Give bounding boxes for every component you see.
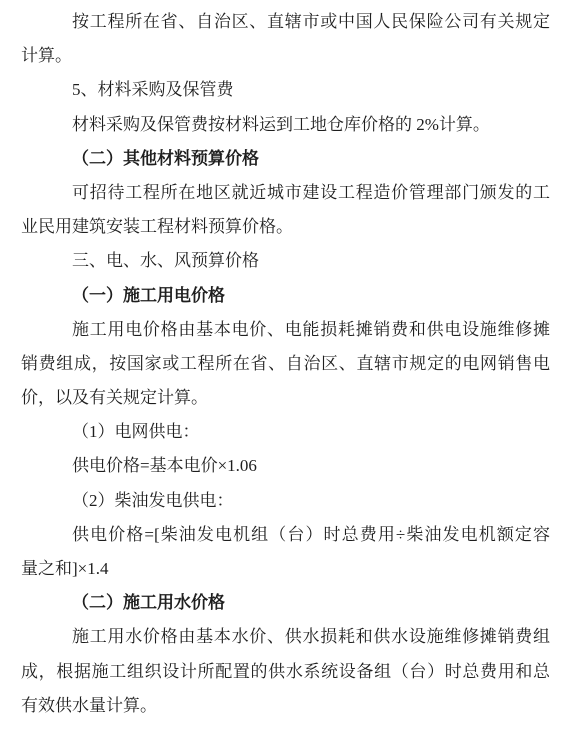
paragraph-line: 成，根据施工组织设计所配置的供水系统设备组（台）时总费用和总 [21,655,550,689]
paragraph-line: 业民用建筑安装工程材料预算价格。 [21,210,550,244]
list-item-heading: （1）电网供电： [21,415,550,449]
paragraph-line: 施工用电价格由基本电价、电能损耗摊销费和供电设施维修摊 [21,313,550,347]
formula-line: 供电价格=基本电价×1.06 [21,449,550,483]
paragraph-line: 可招待工程所在地区就近城市建设工程造价管理部门颁发的工 [21,176,550,210]
paragraph-line: 材料采购及保管费按材料运到工地仓库价格的 2%计算。 [21,108,550,142]
section-heading: （一）施工用电价格 [21,279,550,313]
formula-line: 量之和]×1.4 [21,552,550,586]
list-item-heading: 5、材料采购及保管费 [21,73,550,107]
paragraph-line: 计算。 [21,39,550,73]
paragraph-line: 按工程所在省、自治区、直辖市或中国人民保险公司有关规定 [21,5,550,39]
document-page: 按工程所在省、自治区、直辖市或中国人民保险公司有关规定 计算。 5、材料采购及保… [0,0,572,729]
formula-line: 供电价格=[柴油发电机组（台）时总费用÷柴油发电机额定容 [21,518,550,552]
paragraph-line: 施工用水价格由基本水价、供水损耗和供水设施维修摊销费组 [21,620,550,654]
list-item-heading: （2）柴油发电供电： [21,484,550,518]
section-heading: （二）其他材料预算价格 [21,142,550,176]
section-heading: （二）施工用水价格 [21,586,550,620]
paragraph-line: 有效供水量计算。 [21,689,550,723]
chapter-heading: 三、电、水、风预算价格 [21,244,550,278]
paragraph-line: 价，以及有关规定计算。 [21,381,550,415]
paragraph-line: 销费组成，按国家或工程所在省、自治区、直辖市规定的电网销售电 [21,347,550,381]
